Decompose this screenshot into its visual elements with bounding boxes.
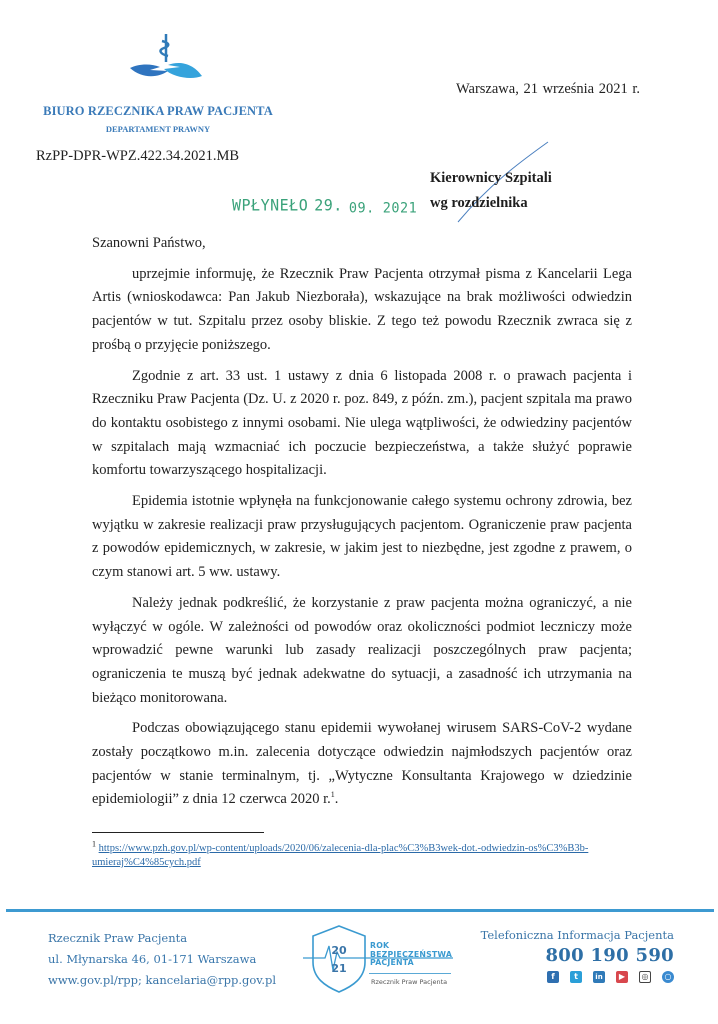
footnote-link[interactable]: https://www.pzh.gov.pl/wp-content/upload… bbox=[92, 843, 588, 868]
place-date: Warszawa, 21 września 2021 r. bbox=[456, 81, 640, 98]
paragraph: uprzejmie informuję, że Rzecznik Praw Pa… bbox=[92, 263, 632, 358]
instagram-icon[interactable]: ◎ bbox=[639, 971, 651, 983]
footnote: 1 https://www.pzh.gov.pl/wp-content/uplo… bbox=[92, 842, 612, 870]
badge-subtitle: Rzecznik Praw Pacjenta bbox=[371, 978, 447, 986]
other-social-icon[interactable]: ○ bbox=[662, 971, 674, 983]
footnote-divider bbox=[92, 832, 264, 833]
facebook-icon[interactable]: f bbox=[547, 971, 559, 983]
social-links: f t in ▶ ◎ ○ bbox=[481, 971, 674, 983]
paragraph-text: Podczas obowiązującego stanu epidemii wy… bbox=[92, 720, 632, 807]
recipient-line-2: wg rozdzielnika bbox=[430, 191, 552, 216]
badge-year-top: 20 bbox=[331, 944, 347, 957]
paragraph: Zgodnie z art. 33 ust. 1 ustawy z dnia 6… bbox=[92, 365, 632, 484]
hotline-label: Telefoniczna Informacja Pacjenta bbox=[481, 928, 674, 942]
hands-caduceus-logo bbox=[128, 32, 204, 82]
youtube-icon[interactable]: ▶ bbox=[616, 971, 628, 983]
recipient: Kierownicy Szpitali wg rozdzielnika bbox=[430, 166, 552, 216]
footer-contact: Rzecznik Praw Pacjenta ul. Młynarska 46,… bbox=[48, 928, 276, 991]
org-name: BIURO RZECZNIKA PRAW PACJENTA bbox=[33, 104, 283, 119]
linkedin-icon[interactable]: in bbox=[593, 971, 605, 983]
stamp-year: 2021 bbox=[383, 200, 418, 217]
paragraph: Należy jednak podkreślić, że korzystanie… bbox=[92, 592, 632, 711]
stamp-day: 29. bbox=[314, 196, 343, 215]
badge-line-3: PACJENTA bbox=[370, 959, 452, 968]
footer-address: ul. Młynarska 46, 01-171 Warszawa bbox=[48, 949, 276, 970]
hotline-number[interactable]: 800 190 590 bbox=[481, 945, 674, 966]
recipient-line-1: Kierownicy Szpitali bbox=[430, 166, 552, 191]
stamp-label: WPŁYNEŁO bbox=[232, 196, 308, 215]
footer-web-email[interactable]: www.gov.pl/rpp; kancelaria@rpp.gov.pl bbox=[48, 970, 276, 991]
footer-divider bbox=[6, 909, 714, 912]
received-stamp: WPŁYNEŁO29.09.2021 bbox=[232, 196, 417, 215]
badge-year-bottom: 21 bbox=[331, 962, 346, 975]
letter-body: Szanowni Państwo, uprzejmie informuję, ż… bbox=[92, 232, 632, 812]
badge-title: ROK BEZPIECZEŃSTWA PACJENTA bbox=[370, 942, 452, 968]
stamp-month: 09. bbox=[349, 200, 375, 217]
paragraph: Podczas obowiązującego stanu epidemii wy… bbox=[92, 717, 632, 812]
patient-hotline: Telefoniczna Informacja Pacjenta 800 190… bbox=[481, 928, 674, 983]
reference-number: RzPP-DPR-WPZ.422.34.2021.MB bbox=[36, 148, 239, 165]
footnote-ref[interactable]: 1 bbox=[331, 791, 335, 800]
salutation: Szanowni Państwo, bbox=[92, 232, 632, 256]
paragraph: Epidemia istotnie wpłynęła na funkcjonow… bbox=[92, 490, 632, 585]
footer-org-name: Rzecznik Praw Pacjenta bbox=[48, 928, 276, 949]
department-name: DEPARTAMENT PRAWNY bbox=[33, 124, 283, 134]
footnote-number: 1 bbox=[92, 840, 96, 849]
badge-divider bbox=[369, 973, 451, 974]
twitter-icon[interactable]: t bbox=[570, 971, 582, 983]
